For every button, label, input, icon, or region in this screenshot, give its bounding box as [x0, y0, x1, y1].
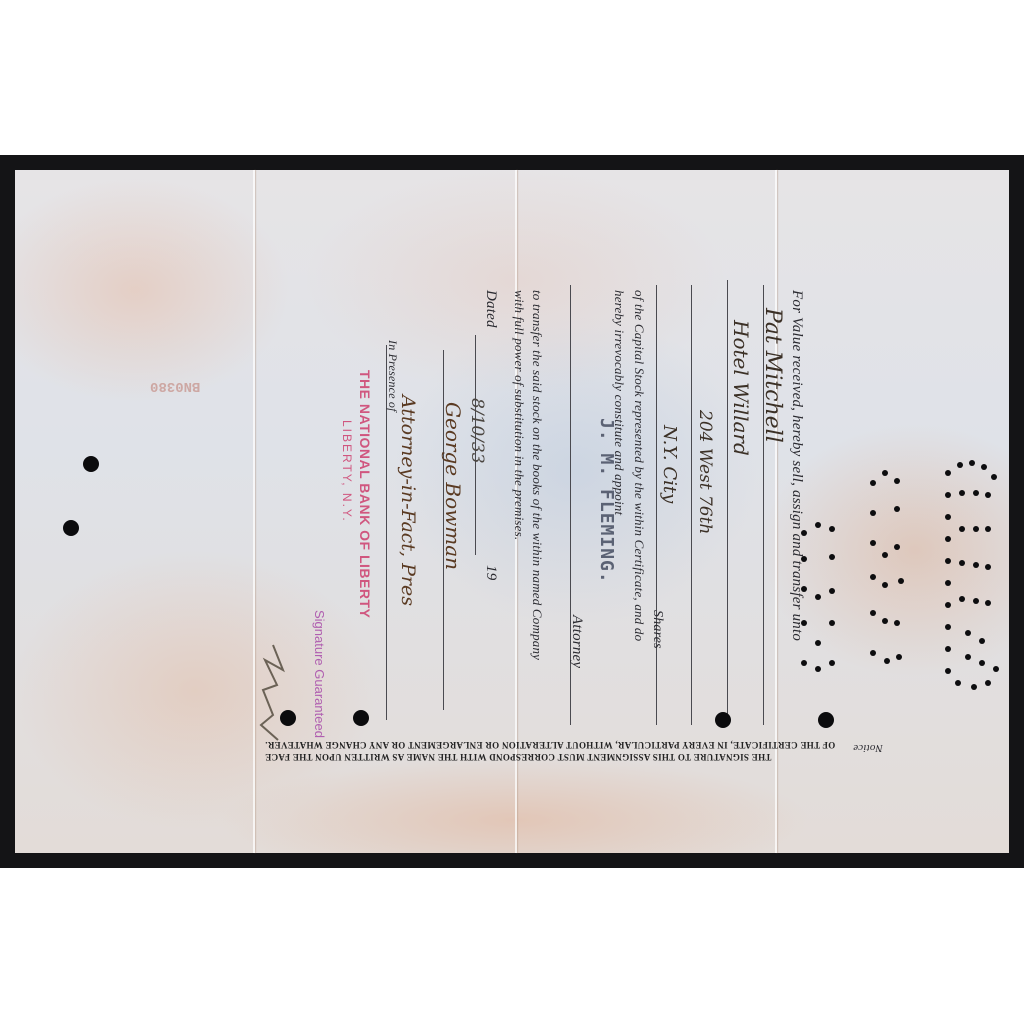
assignee-line2: Hotel Willard	[729, 320, 753, 456]
guarantor-initials-scribble	[243, 640, 293, 750]
notice-line-2: OF THE CERTIFICATE, IN EVERY PARTICULAR,…	[265, 740, 835, 750]
form-rule	[656, 285, 657, 725]
assignee-name: Pat Mitchell	[760, 308, 785, 443]
certificate-reverse-paper: BN0380 For Value received, hereby sell, …	[15, 170, 1009, 853]
shares-label: Shares	[649, 610, 665, 649]
transfer-line: to transfer the said stock on the books …	[529, 290, 545, 660]
punch-hole	[353, 710, 369, 726]
assignee-city: N.Y. City	[659, 425, 680, 503]
attorney-name-stamp: J. M. FLEMING.	[596, 418, 617, 584]
dated-value: 8/10/33	[467, 398, 487, 464]
fold-line	[775, 170, 777, 853]
substitution-line: with full power of substitution in the p…	[511, 290, 527, 540]
dated-label: Dated	[482, 290, 499, 328]
fold-line	[253, 170, 255, 853]
capital-stock-line: of the Capital Stock represented by the …	[631, 290, 647, 641]
bank-stamp-location: LIBERTY, N.Y.	[340, 420, 354, 523]
witness-signature: Attorney-in-Fact, Pres	[397, 395, 419, 606]
form-rule	[727, 280, 728, 725]
bank-stamp-name: THE NATIONAL BANK OF LIBERTY	[357, 370, 373, 618]
form-rule	[691, 285, 692, 725]
cancellation-perforation	[795, 440, 995, 740]
punch-hole	[715, 712, 731, 728]
punch-hole	[83, 456, 99, 472]
signature-guaranteed-stamp: Signature Guaranteed	[312, 610, 327, 738]
punch-hole	[63, 520, 79, 536]
assignee-address: 204 West 76th	[695, 410, 715, 534]
notice-label: Notice	[853, 742, 883, 754]
punch-hole	[280, 710, 296, 726]
signatory-signature: George Bowman	[441, 402, 465, 570]
attorney-label: Attorney	[568, 615, 585, 668]
year-prefix: 19	[482, 565, 499, 580]
bleed-through-serial: BN0380	[150, 378, 200, 394]
notice-line-1: THE SIGNATURE TO THIS ASSIGNMENT MUST CO…	[265, 752, 771, 762]
